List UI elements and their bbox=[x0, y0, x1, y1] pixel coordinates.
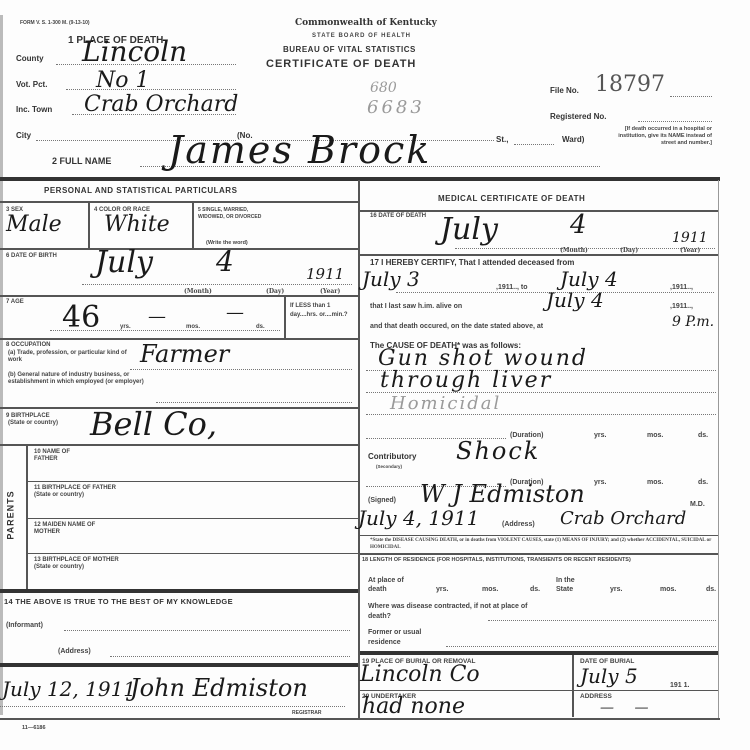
dob-year[interactable]: 1911 bbox=[306, 265, 344, 283]
last-saw-text: that I last saw h.im. alive on bbox=[370, 303, 462, 310]
month-label: (Month) bbox=[184, 288, 212, 295]
in-state-label: In the State bbox=[556, 576, 592, 594]
last-saw-date[interactable]: July 4 bbox=[546, 288, 604, 312]
duration-mos-1: mos. bbox=[647, 432, 663, 439]
year-label: (Year) bbox=[320, 288, 340, 295]
row2-rule bbox=[0, 295, 358, 297]
contributory-value[interactable]: Shock bbox=[456, 437, 540, 465]
ward-label: Ward) bbox=[562, 135, 584, 144]
duration-yrs-2: yrs. bbox=[594, 479, 606, 486]
res-place-ds: ds. bbox=[530, 586, 540, 593]
birthplace-note: (State or country) bbox=[8, 420, 58, 427]
personal-heading: PERSONAL AND STATISTICAL PARTICULARS bbox=[44, 186, 237, 195]
dod-month-label: (Month) bbox=[560, 247, 588, 254]
filed-date[interactable]: July 12, 1911 bbox=[2, 677, 136, 701]
dod-label: 16 DATE OF DEATH bbox=[370, 213, 426, 220]
physician-address-label: (Address) bbox=[502, 521, 535, 528]
pencil-note-1: 680 bbox=[370, 80, 397, 96]
informant-line bbox=[64, 630, 350, 631]
contributory-label: Contributory bbox=[368, 452, 416, 461]
burial-date-year: 191 1. bbox=[670, 682, 689, 689]
certificate-title: CERTIFICATE OF DEATH bbox=[266, 58, 416, 70]
informant-address-line bbox=[110, 656, 350, 657]
full-name-label: 2 FULL NAME bbox=[52, 156, 111, 166]
cause-pencil: Homicidal bbox=[390, 393, 501, 414]
dod-rule bbox=[360, 254, 718, 256]
undertaker-value[interactable]: had none bbox=[362, 694, 465, 719]
bottom-rule bbox=[0, 718, 720, 720]
burial-date-value[interactable]: July 5 bbox=[580, 664, 638, 688]
footnote-rule bbox=[360, 535, 718, 536]
inc-town-value[interactable]: Crab Orchard bbox=[84, 92, 238, 117]
occupation-a-line bbox=[130, 369, 352, 370]
cause-footnote: *State the DISEASE CAUSING DEATH, or in … bbox=[370, 537, 716, 551]
marital-label: 5 SINGLE, MARRIED, WIDOWED, OR DIVORCED bbox=[198, 207, 268, 221]
parents-side-label: PARENTS bbox=[6, 490, 16, 539]
birthplace-value[interactable]: Bell Co, bbox=[90, 405, 217, 443]
certify-text: 17 I HEREBY CERTIFY, That I attended dec… bbox=[370, 258, 574, 267]
age-label: 7 AGE bbox=[6, 299, 24, 306]
vot-pct-line bbox=[66, 89, 236, 90]
occupation-a-label: (a) Trade, profession, or particular kin… bbox=[8, 350, 138, 364]
file-no-line bbox=[670, 96, 712, 97]
file-no-label: File No. bbox=[550, 86, 579, 95]
day-label: (Day) bbox=[266, 288, 284, 295]
dod-month[interactable]: July bbox=[440, 212, 498, 247]
attended-to-year: ,1911.., bbox=[670, 284, 693, 291]
informant-bottom-rule bbox=[0, 663, 358, 667]
death-occurred-text: and that death occured, on the date stat… bbox=[370, 323, 543, 330]
res-state-yrs: yrs. bbox=[610, 586, 622, 593]
duration-mos-2: mos. bbox=[647, 479, 663, 486]
registrar-label: REGISTRAR bbox=[292, 710, 321, 717]
mother-rule bbox=[27, 553, 358, 554]
dob-day[interactable]: 4 bbox=[216, 245, 234, 278]
undertaker-address-label: ADDRESS bbox=[580, 693, 612, 700]
contracted-label: Where was disease contracted, if not at … bbox=[368, 602, 528, 622]
form-code: 11—6186 bbox=[22, 725, 46, 732]
res-state-ds: ds. bbox=[706, 586, 716, 593]
duration-ds-2: ds. bbox=[698, 479, 708, 486]
former-residence-line bbox=[446, 646, 716, 647]
burial-place-value[interactable]: Lincoln Co bbox=[360, 662, 480, 687]
row5-rule bbox=[0, 444, 358, 446]
dob-line bbox=[82, 284, 352, 285]
registered-no-line bbox=[638, 121, 712, 122]
age-months[interactable]: — bbox=[148, 306, 166, 327]
dod-day-label: (Day) bbox=[620, 247, 638, 254]
res-place-units: yrs. bbox=[436, 586, 448, 593]
mother-name-label: 12 MAIDEN NAME OF MOTHER bbox=[34, 522, 122, 536]
header-divider bbox=[0, 177, 720, 181]
pencil-note-2: 6683 bbox=[367, 97, 425, 118]
board-title: STATE BOARD OF HEALTH bbox=[312, 33, 411, 39]
md-label: M.D. bbox=[690, 501, 705, 508]
city-label: City bbox=[16, 131, 31, 140]
medical-heading: MEDICAL CERTIFICATE OF DEATH bbox=[438, 194, 585, 203]
color-divider bbox=[192, 202, 194, 248]
occupation-label: 8 OCCUPATION bbox=[6, 342, 50, 349]
file-no-value: 18797 bbox=[595, 72, 665, 97]
informant-label: (Informant) bbox=[6, 622, 43, 629]
hospital-note: [If death occurred in a hospital or inst… bbox=[612, 126, 712, 147]
dob-label: 6 DATE OF BIRTH bbox=[6, 253, 57, 260]
death-time[interactable]: 9 P.m. bbox=[672, 314, 714, 330]
vot-pct-value[interactable]: No 1 bbox=[96, 68, 150, 93]
row1-rule bbox=[0, 248, 358, 250]
commonwealth-title: Commonwealth of Kentucky bbox=[295, 18, 437, 28]
color-value[interactable]: White bbox=[104, 212, 170, 237]
ward-line bbox=[514, 144, 554, 145]
dod-year[interactable]: 1911 bbox=[672, 230, 708, 246]
filing-line bbox=[0, 706, 345, 707]
father-name-label: 10 NAME OF FATHER bbox=[34, 449, 94, 463]
burial-mid-rule bbox=[360, 690, 718, 691]
burial-top-rule bbox=[360, 651, 718, 655]
contributory-note: (Secondary) bbox=[376, 463, 402, 470]
age-line bbox=[50, 330, 280, 331]
res-state-mos: mos. bbox=[660, 586, 676, 593]
age-days[interactable]: — bbox=[226, 302, 244, 323]
center-divider bbox=[358, 180, 360, 720]
informant-address-label: (Address) bbox=[58, 648, 91, 655]
sex-divider bbox=[88, 202, 90, 248]
dod-year-label: (Year) bbox=[680, 247, 700, 254]
duration-ds-1: ds. bbox=[698, 432, 708, 439]
cause-line-2[interactable]: through liver bbox=[380, 368, 552, 393]
signed-date[interactable]: July 4, 1911 bbox=[358, 506, 479, 530]
occupation-b-line bbox=[156, 402, 352, 403]
form-number: FORM V. S. 1-300 M. (9-13-10) bbox=[20, 20, 90, 27]
father-birthplace-label: 11 BIRTHPLACE OF FATHER (State or countr… bbox=[34, 485, 126, 499]
res-place-mos: mos. bbox=[482, 586, 498, 593]
scan-edge bbox=[0, 15, 3, 715]
dod-day[interactable]: 4 bbox=[570, 210, 587, 240]
father-birthplace-rule bbox=[27, 518, 358, 519]
signed-label: (Signed) bbox=[368, 497, 396, 504]
attended-from[interactable]: July 3 bbox=[362, 267, 420, 291]
burial-divider bbox=[572, 655, 574, 717]
county-label: County bbox=[16, 54, 44, 63]
sex-value[interactable]: Male bbox=[6, 212, 62, 237]
occupation-b-label: (b) General nature of industry business,… bbox=[8, 372, 160, 386]
occupation-value[interactable]: Farmer bbox=[140, 340, 229, 368]
county-value[interactable]: Lincoln bbox=[82, 35, 187, 68]
signed-value[interactable]: W J Edmiston bbox=[420, 480, 585, 508]
undertaker-address-value[interactable]: — — bbox=[600, 700, 656, 716]
right-border bbox=[718, 180, 719, 720]
duration-yrs-1: yrs. bbox=[594, 432, 606, 439]
cause-dots-3 bbox=[366, 414, 716, 415]
bureau-title: BUREAU OF VITAL STATISTICS bbox=[283, 45, 416, 54]
residence-rule bbox=[360, 553, 718, 555]
less-than-label: If LESS than 1 day....hrs. or....min.? bbox=[290, 302, 352, 320]
mother-birthplace-label: 13 BIRTHPLACE OF MOTHER (State or countr… bbox=[34, 557, 126, 571]
informant-statement: 14 THE ABOVE IS TRUE TO THE BEST OF MY K… bbox=[4, 597, 233, 606]
registrar-signature[interactable]: John Edmiston bbox=[130, 674, 308, 702]
attended-from-year: ,1911.., to bbox=[496, 284, 528, 291]
personal-heading-rule bbox=[0, 201, 358, 203]
full-name-value[interactable]: James Brock bbox=[168, 128, 431, 172]
at-place-label: At place of death bbox=[368, 576, 412, 594]
st-label: St., bbox=[496, 135, 508, 144]
inc-town-label: Inc. Town bbox=[16, 105, 52, 114]
dob-month[interactable]: July bbox=[95, 245, 153, 280]
parents-bottom-rule bbox=[0, 589, 358, 593]
age-divider bbox=[284, 296, 286, 338]
physician-address-value[interactable]: Crab Orchard bbox=[560, 508, 686, 529]
residence-label: 18 LENGTH OF RESIDENCE (FOR HOSPITALS, I… bbox=[362, 557, 712, 564]
contracted-line bbox=[488, 620, 716, 621]
medical-heading-rule bbox=[360, 210, 718, 212]
last-saw-year: ,1911.., bbox=[670, 303, 693, 310]
vot-pct-label: Vot. Pct. bbox=[16, 80, 47, 89]
father-rule bbox=[27, 481, 358, 482]
former-residence-label: Former or usual residence bbox=[368, 628, 438, 648]
birthplace-label: 9 BIRTHPLACE bbox=[6, 413, 50, 420]
registered-no-label: Registered No. bbox=[550, 112, 606, 121]
